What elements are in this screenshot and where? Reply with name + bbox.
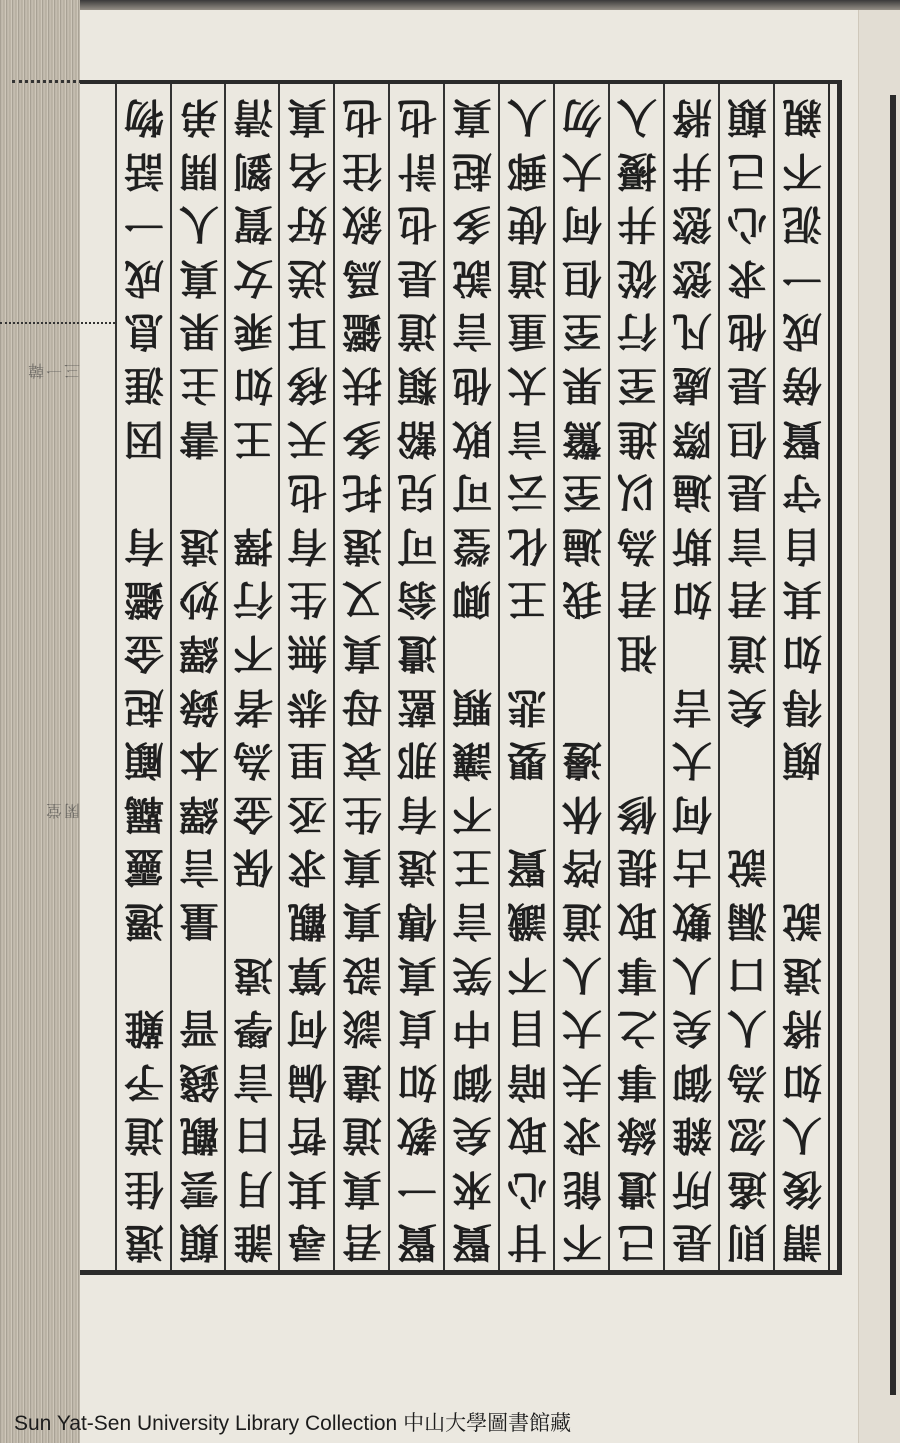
character-glyph: 處 bbox=[670, 358, 714, 412]
character-glyph: 大 bbox=[670, 733, 714, 787]
character-glyph: 尋 bbox=[285, 1215, 329, 1269]
character-glyph: 王 bbox=[231, 412, 275, 466]
character-glyph: 慾 bbox=[670, 197, 714, 251]
character-glyph: 休 bbox=[560, 787, 604, 841]
character-glyph: 我 bbox=[560, 572, 604, 626]
character-glyph: 也 bbox=[395, 90, 439, 144]
character-glyph: 鑑 bbox=[340, 304, 384, 358]
character-glyph: 他 bbox=[725, 304, 769, 358]
margin-bleed-text: 三一韓 bbox=[0, 360, 80, 383]
text-column: 也計也是道類豁兒可翁遺藍那有遠傳真貞如教一賢 bbox=[388, 84, 443, 1270]
character-glyph: 行 bbox=[615, 304, 659, 358]
character-glyph: 說 bbox=[725, 840, 769, 894]
character-glyph: 送 bbox=[285, 251, 329, 305]
character-glyph bbox=[450, 626, 494, 680]
character-glyph: 遠 bbox=[177, 519, 221, 573]
text-column: 真名好送耳移天也有生無恭里丞求觀算何偏哲其尋 bbox=[278, 84, 333, 1270]
text-column: 入擾井從行至進以為君祖 修提取事之事綠遺己 bbox=[608, 84, 663, 1270]
character-glyph: 日 bbox=[231, 1108, 275, 1162]
character-glyph: 賢 bbox=[780, 412, 824, 466]
character-glyph: 遠 bbox=[780, 948, 824, 1002]
character-glyph: 貞 bbox=[395, 1001, 439, 1055]
character-glyph: 井 bbox=[670, 144, 714, 198]
character-glyph: 哀 bbox=[340, 733, 384, 787]
character-glyph: 鑑 bbox=[122, 572, 166, 626]
text-column: 顛己心求他是但是言君道矣 說漏口人為忽遙則 bbox=[718, 84, 773, 1270]
character-glyph: 大 bbox=[560, 1001, 604, 1055]
character-glyph: 遠 bbox=[122, 1215, 166, 1269]
character-glyph: 女 bbox=[231, 251, 275, 305]
credit-english: Sun Yat-Sen University Library Collectio… bbox=[14, 1412, 397, 1435]
character-glyph: 真 bbox=[285, 90, 329, 144]
character-glyph: 兒 bbox=[395, 465, 439, 519]
margin-bleed-text: 閑堂 bbox=[0, 800, 80, 823]
character-glyph: 數 bbox=[670, 894, 714, 948]
character-glyph: 吉 bbox=[670, 680, 714, 734]
character-glyph: 頗 bbox=[780, 733, 824, 787]
character-glyph: 泥 bbox=[780, 197, 824, 251]
character-glyph bbox=[615, 680, 659, 734]
character-glyph: 保 bbox=[231, 840, 275, 894]
character-glyph: 心 bbox=[505, 1162, 549, 1216]
character-glyph: 如 bbox=[670, 572, 714, 626]
character-glyph: 使 bbox=[505, 197, 549, 251]
character-glyph: 遙 bbox=[725, 1162, 769, 1216]
character-glyph: 但 bbox=[560, 251, 604, 305]
character-glyph bbox=[177, 465, 221, 519]
character-glyph: 漏 bbox=[725, 894, 769, 948]
library-credit: Sun Yat-Sen University Library Collectio… bbox=[14, 1407, 571, 1437]
character-glyph: 目 bbox=[505, 1001, 549, 1055]
character-glyph: 是 bbox=[670, 1215, 714, 1269]
character-glyph: 予 bbox=[122, 1055, 166, 1109]
text-column: 弟開人真果主書 遠妙繹錄本繹言量 晋錢觀雲顛 bbox=[170, 84, 225, 1270]
character-glyph: 言 bbox=[231, 1055, 275, 1109]
character-glyph: 妙 bbox=[177, 572, 221, 626]
character-glyph: 取 bbox=[615, 894, 659, 948]
character-glyph: 中 bbox=[450, 1001, 494, 1055]
character-glyph: 後 bbox=[780, 1162, 824, 1216]
frame-inner-rule bbox=[828, 84, 830, 1270]
character-glyph: 遍 bbox=[670, 465, 714, 519]
character-glyph: 至 bbox=[615, 358, 659, 412]
character-glyph: 君 bbox=[725, 572, 769, 626]
character-glyph: 心 bbox=[725, 197, 769, 251]
character-glyph: 忽 bbox=[725, 1108, 769, 1162]
character-glyph: 哲 bbox=[285, 1108, 329, 1162]
character-glyph: 本 bbox=[177, 733, 221, 787]
character-glyph: 矣 bbox=[725, 680, 769, 734]
character-glyph: 豁 bbox=[395, 412, 439, 466]
character-glyph: 遠 bbox=[340, 519, 384, 573]
character-glyph: 藍 bbox=[395, 680, 439, 734]
character-glyph: 為 bbox=[615, 519, 659, 573]
character-glyph: 際 bbox=[670, 412, 714, 466]
character-glyph: 言 bbox=[725, 519, 769, 573]
character-glyph: 金 bbox=[231, 787, 275, 841]
character-glyph: 遺 bbox=[395, 626, 439, 680]
character-glyph: 如 bbox=[231, 358, 275, 412]
character-glyph: 求 bbox=[285, 840, 329, 894]
character-glyph: 雲 bbox=[177, 1162, 221, 1216]
text-column: 物話一成息涯因 有鑑金起顧羈靈遷 難予道佳遠 bbox=[115, 84, 170, 1270]
character-glyph: 談 bbox=[340, 1001, 384, 1055]
character-glyph: 凡 bbox=[670, 304, 714, 358]
character-glyph bbox=[122, 465, 166, 519]
character-glyph: 真 bbox=[340, 840, 384, 894]
character-glyph: 賀 bbox=[231, 197, 275, 251]
character-glyph: 化 bbox=[505, 519, 549, 573]
character-glyph: 不 bbox=[231, 626, 275, 680]
character-glyph: 人 bbox=[177, 197, 221, 251]
character-glyph: 入 bbox=[615, 90, 659, 144]
text-column: 真起多說言他敗可瑩卿 顆讓不王言笑中御矣來賢 bbox=[443, 84, 498, 1270]
character-glyph bbox=[505, 626, 549, 680]
character-glyph: 賢 bbox=[450, 1215, 494, 1269]
character-glyph: 悲 bbox=[505, 680, 549, 734]
character-glyph: 月 bbox=[231, 1162, 275, 1216]
character-glyph: 守 bbox=[780, 465, 824, 519]
character-glyph: 暗 bbox=[505, 1055, 549, 1109]
character-glyph: 違 bbox=[340, 1055, 384, 1109]
character-glyph: 成 bbox=[122, 251, 166, 305]
character-glyph: 量 bbox=[177, 894, 221, 948]
character-glyph: 行 bbox=[231, 572, 275, 626]
character-glyph: 矣 bbox=[450, 1108, 494, 1162]
character-glyph: 設 bbox=[340, 948, 384, 1002]
character-glyph: 人 bbox=[560, 948, 604, 1002]
character-glyph bbox=[122, 948, 166, 1002]
character-glyph: 讓 bbox=[450, 733, 494, 787]
character-glyph: 如 bbox=[780, 626, 824, 680]
character-glyph: 其 bbox=[780, 572, 824, 626]
character-glyph: 生 bbox=[285, 572, 329, 626]
character-glyph: 耳 bbox=[285, 304, 329, 358]
credit-chinese: 中山大學圖書館藏 bbox=[403, 1411, 571, 1435]
character-glyph: 祖 bbox=[615, 626, 659, 680]
character-glyph: 遷 bbox=[122, 894, 166, 948]
character-glyph: 弟 bbox=[177, 90, 221, 144]
character-glyph: 御 bbox=[670, 1055, 714, 1109]
character-glyph: 有 bbox=[395, 787, 439, 841]
character-glyph: 是 bbox=[725, 465, 769, 519]
character-glyph: 雜 bbox=[670, 1108, 714, 1162]
character-glyph: 無 bbox=[285, 626, 329, 680]
character-glyph: 一 bbox=[122, 197, 166, 251]
character-glyph: 謂 bbox=[780, 1215, 824, 1269]
character-glyph: 翁 bbox=[395, 572, 439, 626]
character-glyph: 人 bbox=[780, 1108, 824, 1162]
character-glyph: 也 bbox=[395, 197, 439, 251]
character-glyph: 井 bbox=[615, 197, 659, 251]
character-glyph: 言 bbox=[505, 412, 549, 466]
character-glyph: 云 bbox=[505, 465, 549, 519]
character-glyph: 顛 bbox=[177, 1215, 221, 1269]
character-glyph: 何 bbox=[285, 1001, 329, 1055]
character-glyph: 邊 bbox=[560, 733, 604, 787]
character-glyph: 能 bbox=[560, 1162, 604, 1216]
character-glyph bbox=[615, 733, 659, 787]
character-glyph: 里 bbox=[285, 733, 329, 787]
character-glyph: 不 bbox=[560, 1215, 604, 1269]
character-glyph: 真 bbox=[395, 948, 439, 1002]
character-glyph: 擾 bbox=[615, 144, 659, 198]
character-glyph: 計 bbox=[395, 144, 439, 198]
character-glyph: 多 bbox=[450, 197, 494, 251]
character-glyph: 移 bbox=[285, 358, 329, 412]
character-glyph: 求 bbox=[560, 1108, 604, 1162]
character-glyph: 至 bbox=[560, 465, 604, 519]
character-glyph: 偏 bbox=[285, 1055, 329, 1109]
character-glyph: 生 bbox=[340, 787, 384, 841]
character-glyph: 佳 bbox=[122, 1162, 166, 1216]
character-glyph: 羈 bbox=[122, 787, 166, 841]
character-glyph: 道 bbox=[122, 1108, 166, 1162]
character-glyph bbox=[670, 626, 714, 680]
character-glyph bbox=[725, 787, 769, 841]
character-glyph: 多 bbox=[340, 412, 384, 466]
character-glyph: 修 bbox=[615, 787, 659, 841]
character-glyph: 君 bbox=[615, 572, 659, 626]
character-glyph: 傍 bbox=[780, 358, 824, 412]
character-glyph: 王 bbox=[450, 840, 494, 894]
character-glyph: 道 bbox=[505, 251, 549, 305]
character-glyph: 繹 bbox=[177, 626, 221, 680]
character-glyph: 真 bbox=[340, 626, 384, 680]
character-glyph: 起 bbox=[450, 144, 494, 198]
character-glyph: 乘 bbox=[231, 304, 275, 358]
character-glyph: 學 bbox=[231, 1001, 275, 1055]
character-glyph: 真 bbox=[177, 251, 221, 305]
character-glyph: 好 bbox=[285, 197, 329, 251]
character-glyph: 名 bbox=[285, 144, 329, 198]
character-glyph: 以 bbox=[615, 465, 659, 519]
character-glyph: 也 bbox=[285, 465, 329, 519]
character-glyph bbox=[560, 626, 604, 680]
character-glyph: 晋 bbox=[177, 1001, 221, 1055]
character-glyph: 口 bbox=[725, 948, 769, 1002]
character-glyph: 也 bbox=[340, 90, 384, 144]
character-glyph: 一 bbox=[395, 1162, 439, 1216]
character-glyph: 但 bbox=[725, 412, 769, 466]
character-glyph: 如 bbox=[395, 1055, 439, 1109]
text-column: 人郵使道重太言云化王 悲嬰 賢讖不目暗取心甘 bbox=[498, 84, 553, 1270]
character-glyph: 為 bbox=[725, 1055, 769, 1109]
character-glyph: 顛 bbox=[725, 90, 769, 144]
character-glyph: 有 bbox=[285, 519, 329, 573]
character-glyph: 之 bbox=[615, 1001, 659, 1055]
character-glyph: 敘 bbox=[340, 197, 384, 251]
character-glyph: 矣 bbox=[670, 1001, 714, 1055]
character-glyph bbox=[505, 787, 549, 841]
character-glyph: 真 bbox=[450, 90, 494, 144]
character-glyph: 御 bbox=[450, 1055, 494, 1109]
character-glyph: 天 bbox=[285, 412, 329, 466]
character-glyph: 進 bbox=[615, 412, 659, 466]
character-glyph: 道 bbox=[725, 626, 769, 680]
character-glyph: 因 bbox=[122, 412, 166, 466]
character-glyph: 何 bbox=[560, 197, 604, 251]
character-glyph: 教 bbox=[395, 1108, 439, 1162]
character-glyph: 可 bbox=[395, 519, 439, 573]
character-glyph bbox=[780, 840, 824, 894]
character-glyph: 開 bbox=[177, 144, 221, 198]
character-glyph: 不 bbox=[780, 144, 824, 198]
character-glyph: 君 bbox=[340, 1215, 384, 1269]
character-glyph: 真 bbox=[340, 1162, 384, 1216]
character-glyph: 郵 bbox=[505, 144, 549, 198]
character-glyph: 提 bbox=[615, 840, 659, 894]
character-glyph: 來 bbox=[450, 1162, 494, 1216]
character-glyph: 親 bbox=[780, 90, 824, 144]
text-column: 親不泥一成傍賢守自其如得頗 說遠將如人後謂 bbox=[773, 84, 828, 1270]
character-glyph: 又 bbox=[340, 572, 384, 626]
character-glyph: 起 bbox=[122, 680, 166, 734]
character-glyph bbox=[725, 733, 769, 787]
character-glyph: 王 bbox=[505, 572, 549, 626]
character-glyph: 敗 bbox=[450, 412, 494, 466]
character-glyph: 說 bbox=[450, 251, 494, 305]
character-glyph: 己 bbox=[725, 144, 769, 198]
character-glyph: 事 bbox=[615, 1055, 659, 1109]
character-glyph: 觀 bbox=[177, 1108, 221, 1162]
character-glyph: 是 bbox=[725, 358, 769, 412]
character-glyph: 道 bbox=[395, 304, 439, 358]
character-glyph: 如 bbox=[780, 1055, 824, 1109]
character-glyph: 金 bbox=[122, 626, 166, 680]
character-glyph: 錢 bbox=[177, 1055, 221, 1109]
character-glyph: 果 bbox=[177, 304, 221, 358]
character-glyph: 己 bbox=[615, 1215, 659, 1269]
character-glyph: 不 bbox=[450, 787, 494, 841]
text-column: 也往敘爲鑑扶多托遠又真母哀生真真設談違道真君 bbox=[333, 84, 388, 1270]
character-glyph: 是 bbox=[395, 251, 439, 305]
character-glyph: 至 bbox=[560, 304, 604, 358]
character-glyph: 大 bbox=[560, 144, 604, 198]
character-glyph: 遠 bbox=[395, 840, 439, 894]
character-glyph: 人 bbox=[670, 948, 714, 1002]
character-glyph: 扶 bbox=[340, 358, 384, 412]
character-glyph bbox=[560, 680, 604, 734]
character-glyph: 則 bbox=[725, 1215, 769, 1269]
character-glyph: 主 bbox=[177, 358, 221, 412]
character-glyph: 笑 bbox=[450, 948, 494, 1002]
character-glyph: 母 bbox=[340, 680, 384, 734]
character-glyph: 為 bbox=[231, 733, 275, 787]
character-glyph: 甘 bbox=[505, 1215, 549, 1269]
character-glyph: 道 bbox=[340, 1108, 384, 1162]
character-glyph: 一 bbox=[780, 251, 824, 305]
character-glyph: 難 bbox=[122, 1001, 166, 1055]
character-glyph: 錄 bbox=[177, 680, 221, 734]
character-glyph: 類 bbox=[395, 358, 439, 412]
character-glyph: 成 bbox=[780, 304, 824, 358]
character-glyph: 瑩 bbox=[450, 519, 494, 573]
character-glyph: 顧 bbox=[122, 733, 166, 787]
character-glyph: 慾 bbox=[670, 251, 714, 305]
character-glyph: 太 bbox=[505, 358, 549, 412]
character-glyph: 言 bbox=[450, 894, 494, 948]
character-glyph: 重 bbox=[505, 304, 549, 358]
character-glyph: 言 bbox=[177, 840, 221, 894]
book-page-edges bbox=[0, 0, 80, 1443]
character-glyph: 繹 bbox=[177, 787, 221, 841]
character-glyph: 人 bbox=[725, 1001, 769, 1055]
character-glyph: 觀 bbox=[285, 894, 329, 948]
character-glyph: 傳 bbox=[395, 894, 439, 948]
character-glyph: 綠 bbox=[615, 1108, 659, 1162]
edge-rule-top bbox=[12, 80, 82, 83]
character-glyph: 所 bbox=[670, 1162, 714, 1216]
character-glyph: 恭 bbox=[285, 680, 329, 734]
character-glyph: 自 bbox=[780, 519, 824, 573]
character-glyph: 息 bbox=[122, 304, 166, 358]
character-glyph: 遺 bbox=[615, 1162, 659, 1216]
character-glyph: 其 bbox=[285, 1162, 329, 1216]
character-glyph: 可 bbox=[450, 465, 494, 519]
character-glyph: 夫 bbox=[560, 1055, 604, 1109]
facing-page-frame bbox=[890, 95, 900, 1395]
text-column: 勿大何但至果驚至遍我 邊休啓道人大夫求能不 bbox=[553, 84, 608, 1270]
character-glyph: 果 bbox=[560, 358, 604, 412]
character-glyph: 驚 bbox=[560, 412, 604, 466]
character-glyph: 書 bbox=[177, 412, 221, 466]
character-glyph bbox=[231, 465, 275, 519]
character-glyph: 將 bbox=[780, 1001, 824, 1055]
character-glyph: 不 bbox=[505, 948, 549, 1002]
character-glyph: 擇 bbox=[231, 519, 275, 573]
character-glyph: 物 bbox=[122, 90, 166, 144]
character-glyph: 斯 bbox=[670, 519, 714, 573]
character-glyph: 得 bbox=[780, 680, 824, 734]
character-glyph: 說 bbox=[780, 894, 824, 948]
character-glyph: 將 bbox=[670, 90, 714, 144]
character-glyph: 清 bbox=[231, 90, 275, 144]
character-glyph bbox=[231, 894, 275, 948]
character-glyph: 劉 bbox=[231, 144, 275, 198]
character-glyph: 遠 bbox=[231, 948, 275, 1002]
character-glyph: 遍 bbox=[560, 519, 604, 573]
character-glyph: 何 bbox=[670, 787, 714, 841]
character-glyph: 者 bbox=[231, 680, 275, 734]
character-glyph: 言 bbox=[450, 304, 494, 358]
character-glyph: 古 bbox=[670, 840, 714, 894]
character-glyph: 他 bbox=[450, 358, 494, 412]
character-glyph: 賢 bbox=[505, 840, 549, 894]
character-glyph: 啓 bbox=[560, 840, 604, 894]
character-glyph: 勿 bbox=[560, 90, 604, 144]
character-glyph: 話 bbox=[122, 144, 166, 198]
character-glyph: 取 bbox=[505, 1108, 549, 1162]
text-column: 將井慾慾凡處際遍斯如 吉大何古數人矣御雜所是 bbox=[663, 84, 718, 1270]
character-glyph: 真 bbox=[340, 894, 384, 948]
character-glyph: 嬰 bbox=[505, 733, 549, 787]
character-glyph: 往 bbox=[340, 144, 384, 198]
character-glyph: 有 bbox=[122, 519, 166, 573]
character-glyph: 那 bbox=[395, 733, 439, 787]
character-glyph: 卿 bbox=[450, 572, 494, 626]
character-glyph: 爲 bbox=[340, 251, 384, 305]
character-glyph: 讖 bbox=[505, 894, 549, 948]
character-glyph: 托 bbox=[340, 465, 384, 519]
character-glyph: 道 bbox=[560, 894, 604, 948]
character-glyph: 涯 bbox=[122, 358, 166, 412]
character-glyph: 靈 bbox=[122, 840, 166, 894]
character-glyph: 丞 bbox=[285, 787, 329, 841]
character-glyph: 算 bbox=[285, 948, 329, 1002]
character-glyph: 顆 bbox=[450, 680, 494, 734]
character-glyph: 人 bbox=[505, 90, 549, 144]
